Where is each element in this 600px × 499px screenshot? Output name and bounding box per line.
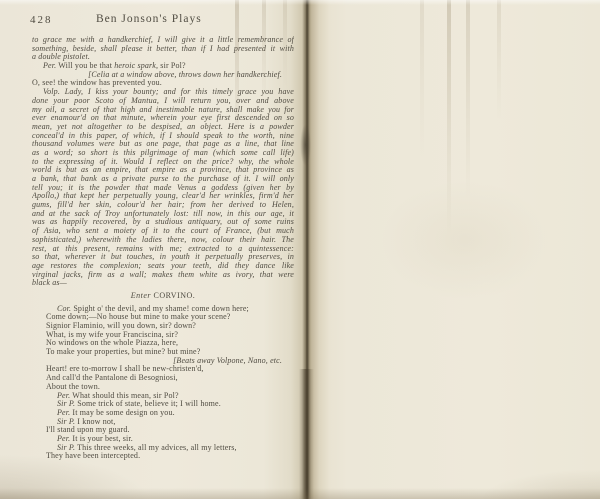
text-line: a bank, that bank as a private purse to … [32,175,294,184]
text-line: was as happily recovered, by a studious … [32,218,294,227]
left-page: 428 Ben Jonson's Plays to grace me with … [0,0,306,499]
text-line: O, see! the window has prevented you. [32,79,294,88]
text-line: sophisticated,) wherewith the ladies the… [32,236,294,245]
text-line: my oil, a secret of that high and inesti… [32,106,294,115]
text-line: of Asia, who sent a moiety of it to the … [32,227,294,236]
text-line: ever enamour'd on that minute, wherein y… [32,114,294,123]
text-line: world is but as an empire, that empire a… [32,166,294,175]
text-line: as a word; so short is this pilgrimage o… [32,149,294,158]
text-line: so that, wherever it but touches, in you… [32,253,294,262]
text-line: and at the sack of Troy unfortunately lo… [32,210,294,219]
text-line: rest, at this present, remains with me; … [32,245,294,254]
text-line: Volp. Lady, I kiss your bounty; and for … [32,88,294,97]
left-page-text: to grace me with a handkerchief, I will … [32,36,294,461]
text-line: tell you; it is the powder that made Ven… [32,184,294,193]
text-line: Apollo,) that kept her perpetually young… [32,192,294,201]
text-line: mean, yet not altogether to be despised,… [32,123,294,132]
text-line: virginal jacks, firm as a wall; makes th… [32,271,294,280]
text-line: age restores the complexion; seats your … [32,262,294,271]
text-line: conceal'd in this paper, of which, if I … [32,132,294,141]
book-scan: 428 Ben Jonson's Plays to grace me with … [0,0,600,499]
text-line: gums, fill'd her skin, colour'd her hair… [32,201,294,210]
left-running-title: Ben Jonson's Plays [96,13,202,25]
text-line: done your poor Scoto of Mantua, I will r… [32,97,294,106]
text-line: black as— [32,279,294,288]
text-line: thousand volumes were but as one page, t… [32,140,294,149]
right-page: The Fox 429 Per. Indeed, sir!Best have a… [306,0,600,499]
text-line: to grace me with a handkerchief, I will … [32,36,294,45]
text-line: Enter CORVINO. [32,292,294,301]
text-line: to the expressing of it. Would I reflect… [32,158,294,167]
left-page-number: 428 [30,14,53,26]
text-line: They have been intercepted. [32,452,294,461]
